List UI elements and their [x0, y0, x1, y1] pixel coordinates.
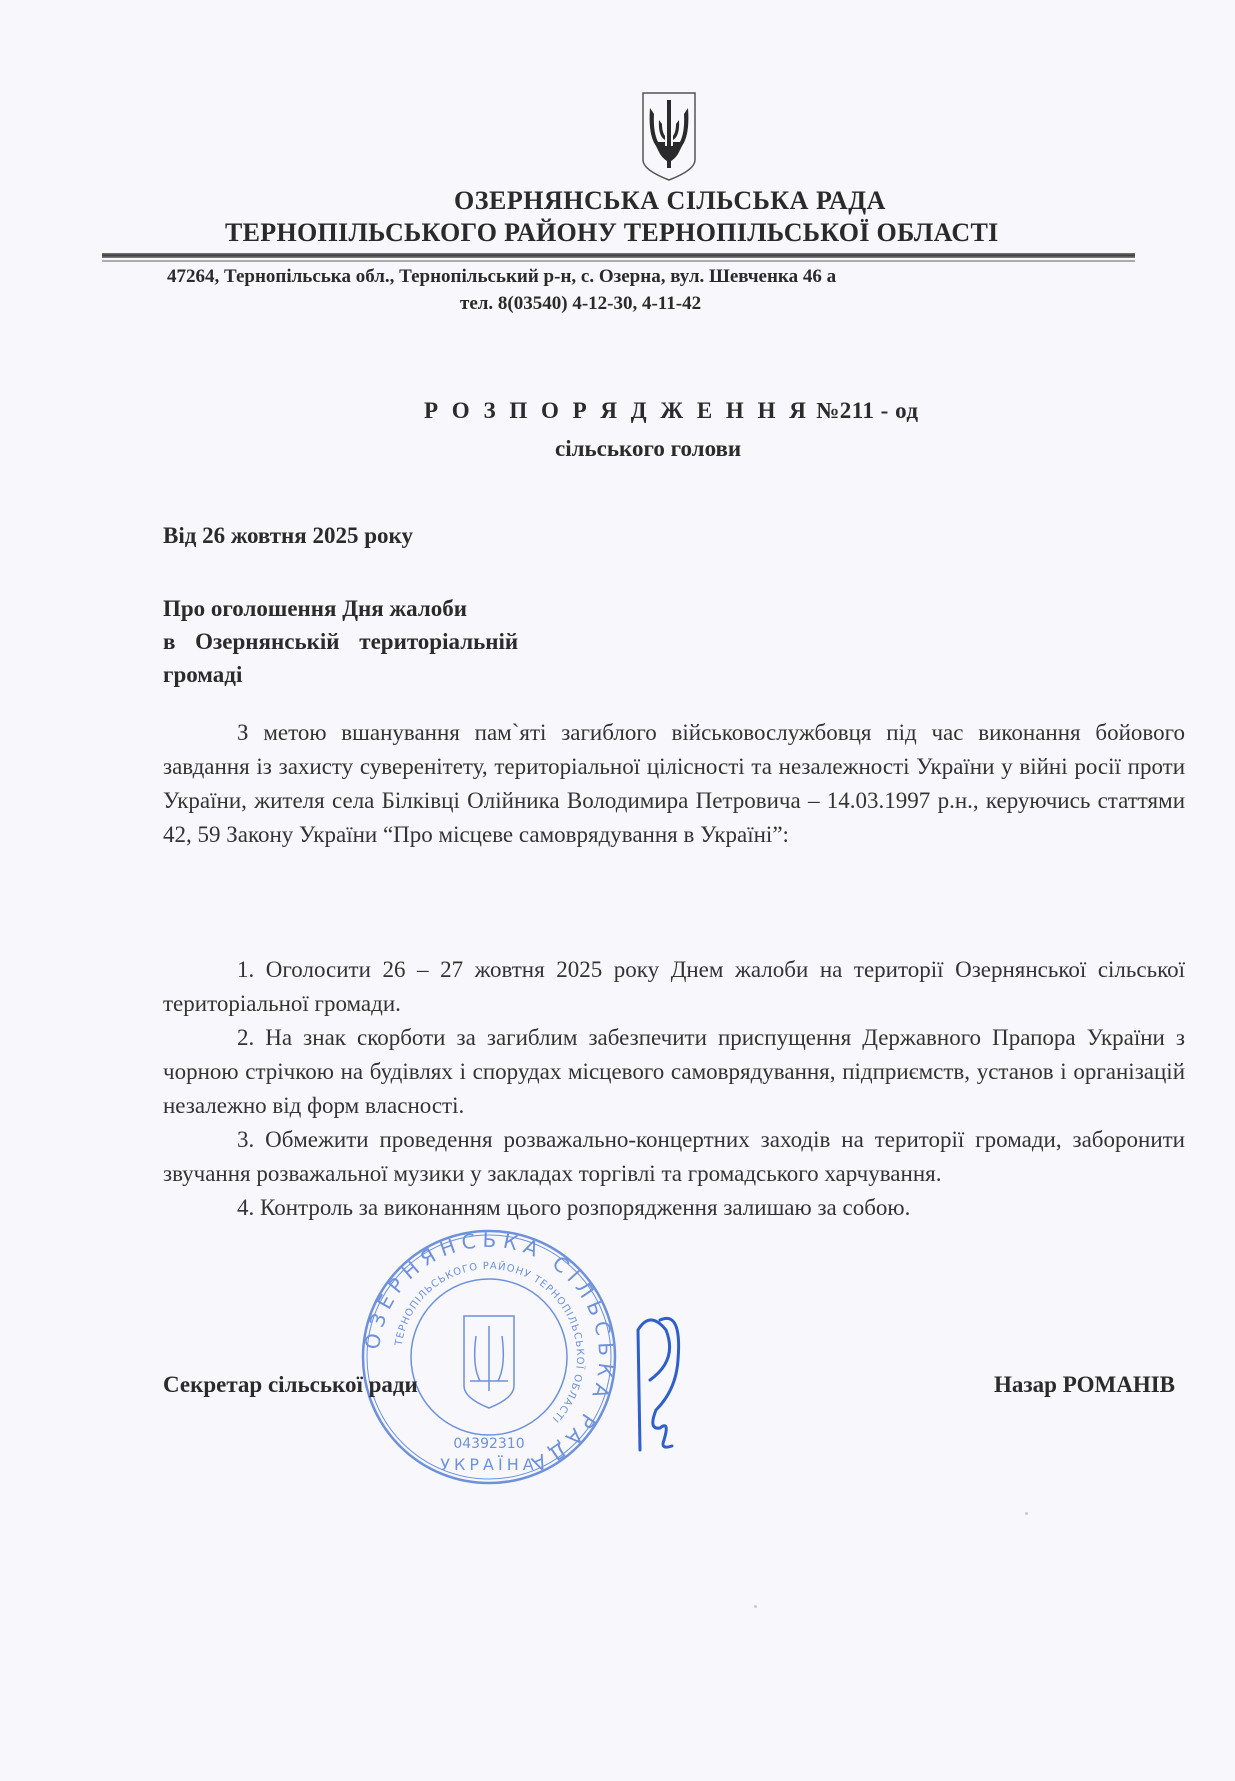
document-title: Р О З П О Р Я Д Ж Е Н Н Я №211 - од	[424, 398, 919, 424]
handwritten-signature	[620, 1300, 700, 1460]
org-name-line2: ТЕРНОПІЛЬСЬКОГО РАЙОНУ ТЕРНОПІЛЬСЬКОЇ ОБ…	[225, 218, 999, 248]
header-divider	[102, 253, 1135, 258]
subject-line: в Озернянській територіальній	[163, 625, 623, 658]
scan-speck	[754, 1605, 757, 1608]
signatory-role: Секретар сільської ради	[163, 1372, 418, 1398]
document-preamble: З метою вшанування пам`яті загиблого вій…	[163, 716, 1185, 852]
document-subject: Про оголошення Дня жалоби в Озернянській…	[163, 592, 623, 691]
document-number: №211 - од	[810, 398, 919, 423]
official-stamp: ОЗЕРНЯНСЬКА СІЛЬСЬКА РАДА ТЕРНОПІЛЬСЬКОГ…	[358, 1226, 620, 1488]
header-divider-thin	[102, 260, 1135, 262]
preamble-paragraph: З метою вшанування пам`яті загиблого вій…	[163, 716, 1185, 852]
stamp-code: 04392310	[453, 1436, 524, 1452]
svg-text:ТЕРНОПІЛЬСЬКОГО РАЙОНУ ТЕРНОПІ: ТЕРНОПІЛЬСЬКОГО РАЙОНУ ТЕРНОПІЛЬСЬКОЇ ОБ…	[394, 1259, 587, 1424]
stamp-inner-text: ТЕРНОПІЛЬСЬКОГО РАЙОНУ ТЕРНОПІЛЬСЬКОЇ ОБ…	[394, 1259, 587, 1424]
order-item: 1. Оголосити 26 – 27 жовтня 2025 року Дн…	[163, 953, 1185, 1021]
subject-line: громаді	[163, 658, 623, 691]
signatory-name: Назар РОМАНІВ	[994, 1372, 1175, 1398]
org-phone: тел. 8(03540) 4-12-30, 4-11-42	[460, 293, 701, 315]
document-items: 1. Оголосити 26 – 27 жовтня 2025 року Дн…	[163, 953, 1185, 1225]
org-address: 47264, Тернопільська обл., Тернопільськи…	[167, 266, 836, 288]
scan-speck	[1025, 1512, 1028, 1515]
document-title-label: Р О З П О Р Я Д Ж Е Н Н Я	[424, 398, 810, 423]
order-item: 2. На знак скорботи за загиблим забезпеч…	[163, 1021, 1185, 1123]
org-name-line1: ОЗЕРНЯНСЬКА СІЛЬСЬКА РАДА	[0, 186, 1235, 216]
order-item: 4. Контроль за виконанням цього розпоряд…	[163, 1191, 1185, 1225]
subject-line: Про оголошення Дня жалоби	[163, 592, 623, 625]
document-subtitle: сільського голови	[555, 436, 741, 462]
stamp-bottom-text: УКРАЇНА	[440, 1455, 537, 1474]
document-page: ОЗЕРНЯНСЬКА СІЛЬСЬКА РАДА ТЕРНОПІЛЬСЬКОГ…	[0, 0, 1235, 1781]
document-date: Від 26 жовтня 2025 року	[163, 523, 413, 549]
ukraine-trident-icon	[640, 90, 698, 182]
order-item: 3. Обмежити проведення розважально-конце…	[163, 1123, 1185, 1191]
